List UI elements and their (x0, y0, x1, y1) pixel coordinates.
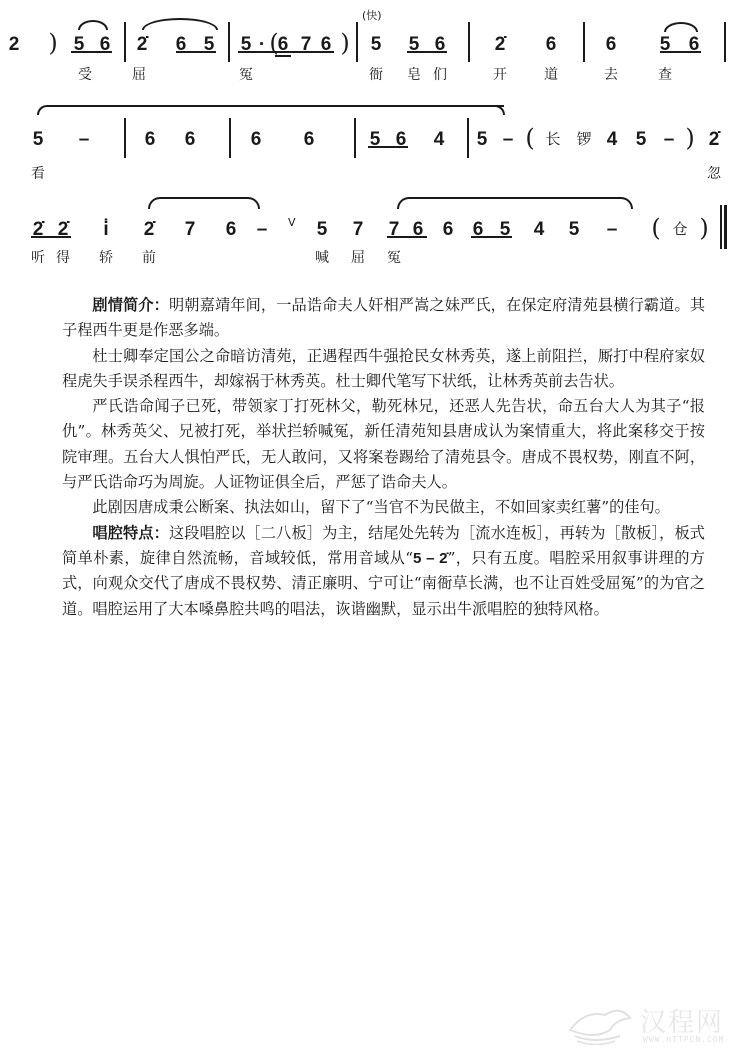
underline (176, 51, 216, 53)
dash: – (257, 220, 268, 240)
lyric: 去 (604, 67, 618, 83)
singing-features-paragraph: 唱腔特点：这段唱腔以［二八板］为主，结尾处先转为［流水连板］，再转为［散板］，板… (62, 521, 705, 622)
lyric: 查 (658, 67, 672, 83)
lyric: 开 (493, 67, 507, 83)
fish-logo-icon (565, 1000, 635, 1045)
lyric: 得 (56, 250, 70, 266)
close-paren: ) (340, 30, 349, 56)
description-text: 剧情简介：明朝嘉靖年间，一品诰命夫人奸相严嵩之妹严氏，在保定府清苑县横行霸道。其… (62, 293, 705, 622)
watermark-url: WWW.HTTPCN.COM (643, 1035, 724, 1044)
lyric: 冤 (387, 250, 401, 266)
percussion-label: 锣 (576, 131, 591, 147)
plot-paragraph-4: 此剧因唐成秉公断案、执法如山，留下了“当官不为民做主，不如回家卖红薯”的佳句。 (62, 495, 705, 520)
percussion-label: 长 (545, 131, 560, 147)
note: 6 (606, 35, 617, 55)
lyric: 前 (142, 250, 156, 266)
tie-arc (78, 20, 108, 30)
note: 6 (443, 220, 454, 240)
dash: – (503, 130, 514, 150)
synopsis-label: 剧情简介： (92, 296, 169, 314)
note: i̇ (103, 220, 108, 240)
note: 5 (371, 35, 382, 55)
tempo-mark: (快) (362, 10, 382, 22)
tie-arc (142, 18, 218, 30)
barline (467, 118, 469, 158)
note: 2̇ (144, 220, 155, 240)
note: 6 (304, 130, 315, 150)
watermark-brand: 汉程网 (640, 1002, 724, 1039)
note: 5 (33, 130, 44, 150)
note: 5 (317, 220, 328, 240)
slur-arc (360, 105, 505, 115)
slur-arc (397, 197, 633, 209)
open-paren: ( (651, 215, 660, 241)
note: 7 (353, 220, 364, 240)
barline (583, 22, 585, 62)
note: 2̇ (495, 35, 506, 55)
underline (407, 51, 447, 53)
barline (724, 22, 726, 62)
tie-arc (664, 22, 698, 32)
barline (356, 22, 358, 62)
note: 5 (477, 130, 488, 150)
barline (229, 118, 231, 158)
jianpu-score: 2 ) 5 6 2̇ 6 5 5 · ( 6 7 6 ) (快) 5 5 6 2… (0, 0, 750, 280)
open-paren: ( (525, 125, 534, 151)
underline (31, 236, 71, 238)
lyric: 皂 (407, 67, 421, 83)
watermark: 汉程网 WWW.HTTPCN.COM (565, 1000, 745, 1050)
barline (124, 22, 126, 62)
final-barline-thin (720, 205, 722, 249)
underline (368, 146, 408, 148)
note: 5 (636, 130, 647, 150)
barline (354, 118, 356, 158)
note-text: 2̇ (137, 34, 148, 55)
dash: – (664, 130, 675, 150)
barline (228, 22, 230, 62)
note: 6 (226, 220, 237, 240)
breath-mark: V (288, 217, 296, 229)
lyric: 冤 (239, 67, 253, 83)
underline (71, 51, 112, 53)
close-paren: ) (699, 215, 708, 241)
lyric: 看 (31, 166, 45, 182)
note: 7 (185, 220, 196, 240)
percussion-label: 仓 (672, 221, 687, 237)
note: 4 (534, 220, 545, 240)
note: 6 (185, 130, 196, 150)
lyric: 衙 (369, 67, 383, 83)
underline (387, 236, 427, 238)
underline-double (275, 55, 291, 57)
lyric: 屈 (132, 67, 146, 83)
underline (238, 51, 334, 53)
lyric: 屈 (351, 250, 365, 266)
note: 2̇ (709, 130, 720, 150)
underline (660, 51, 701, 53)
note: 2̇ (137, 35, 148, 55)
barline (124, 118, 126, 158)
final-barline-thick (724, 205, 727, 249)
note: 4 (607, 130, 618, 150)
note: 4 (434, 130, 445, 150)
lyric: 听 (31, 250, 45, 266)
lyric: 受 (78, 67, 92, 83)
synopsis-paragraph: 剧情简介：明朝嘉靖年间，一品诰命夫人奸相严嵩之妹严氏，在保定府清苑县横行霸道。其… (62, 293, 705, 344)
dash: – (607, 220, 618, 240)
slur-arc (148, 197, 260, 209)
note: 2 (9, 35, 20, 55)
close-paren: ) (48, 30, 57, 56)
range-notation: 5 – 2̇ (413, 550, 448, 567)
note: 5 (569, 220, 580, 240)
note: 6 (546, 35, 557, 55)
close-paren: ) (685, 125, 694, 151)
lyric: 忽 (707, 166, 721, 182)
dash: – (79, 130, 90, 150)
lyric: 道 (544, 67, 558, 83)
plot-paragraph-3: 严氏诰命闻子已死，带领家丁打死林父，勒死林兄，还恶人先告状，命五台大人为其子“报… (62, 394, 705, 495)
note: 6 (251, 130, 262, 150)
features-label: 唱腔特点： (92, 524, 169, 542)
lyric: 喊 (315, 250, 329, 266)
underline (471, 236, 512, 238)
lyric: 轿 (99, 250, 113, 266)
barline (468, 22, 470, 62)
note: 6 (145, 130, 156, 150)
lyric: 们 (433, 67, 447, 83)
plot-paragraph-2: 杜士卿奉定国公之命暗访清苑，正遇程西牛强抢民女林秀英，遂上前阻拦，厮打中程府家奴… (62, 344, 705, 395)
